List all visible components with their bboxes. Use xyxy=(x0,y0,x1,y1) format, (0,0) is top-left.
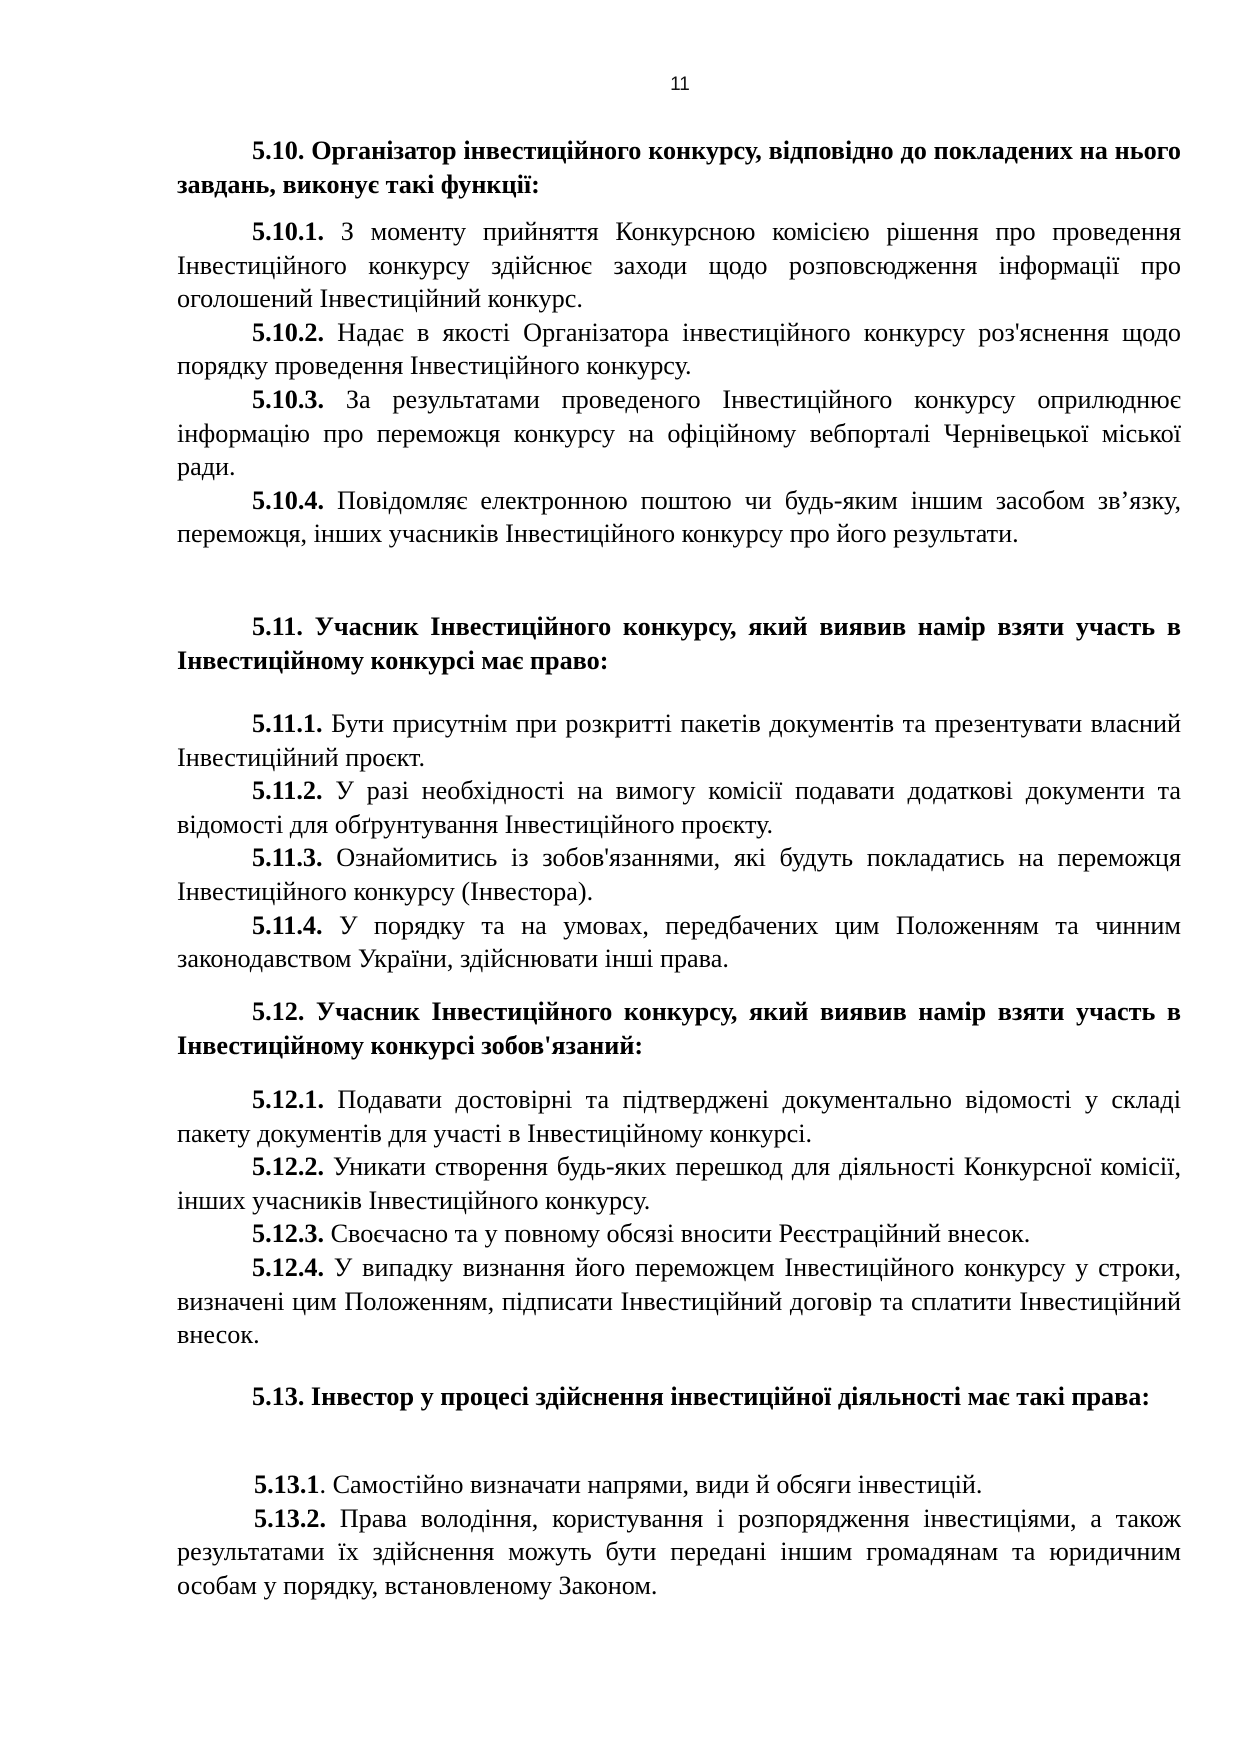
list-item: 5.11.4. У порядку та на умовах, передбач… xyxy=(177,909,1181,976)
item-number: 5.12.3. xyxy=(252,1219,324,1248)
list-item: 5.10.2. Надає в якості Організатора інве… xyxy=(177,316,1181,383)
section-heading-5-13: 5.13. Інвестор у процесі здійснення інве… xyxy=(177,1380,1181,1414)
item-text: Повідомляє електронною поштою чи будь-як… xyxy=(177,486,1181,549)
heading-text: 5.13. Інвестор у процесі здійснення інве… xyxy=(177,1380,1181,1414)
item-number: 5.10.4. xyxy=(252,486,324,515)
list-item: 5.11.3. Ознайомитись із зобов'язаннями, … xyxy=(177,841,1181,908)
heading-text: 5.11. Учасник Інвестиційного конкурсу, я… xyxy=(177,610,1181,677)
item-text: Уникати створення будь-яких перешкод для… xyxy=(177,1152,1181,1215)
item-text: Подавати достовірні та підтверджені доку… xyxy=(177,1085,1181,1148)
section-heading-5-10: 5.10. Організатор інвестиційного конкурс… xyxy=(177,134,1181,201)
item-text: Надає в якості Організатора інвестиційно… xyxy=(177,318,1181,381)
item-number: 5.10.1. xyxy=(252,217,324,246)
list-item: 5.11.1. Бути присутнім при розкритті пак… xyxy=(177,707,1181,774)
item-number: 5.11.2. xyxy=(252,776,323,805)
section-list-5-13: 5.13.1. Самостійно визначати напрями, ви… xyxy=(177,1468,1181,1602)
item-text: Ознайомитись із зобов'язаннями, які буду… xyxy=(177,843,1181,906)
list-item: 5.10.1. З моменту прийняття Конкурсною к… xyxy=(177,215,1181,316)
item-text: Своєчасно та у повному обсязі вносити Ре… xyxy=(324,1219,1030,1248)
section-list-5-10: 5.10.1. З моменту прийняття Конкурсною к… xyxy=(177,215,1181,551)
item-text: . Самостійно визначати напрями, види й о… xyxy=(319,1470,982,1499)
list-item: 5.13.1. Самостійно визначати напрями, ви… xyxy=(177,1468,1181,1502)
item-number: 5.13.2. xyxy=(254,1504,326,1533)
item-number: 5.11.1. xyxy=(252,709,323,738)
item-text: За результатами проведеного Інвестиційно… xyxy=(177,385,1181,481)
item-text: Бути присутнім при розкритті пакетів док… xyxy=(177,709,1181,772)
item-text: У випадку визнання його переможцем Інвес… xyxy=(177,1253,1181,1349)
item-text: Права володіння, користування і розпоряд… xyxy=(177,1504,1181,1600)
heading-text: 5.12. Учасник Інвестиційного конкурсу, я… xyxy=(177,995,1181,1062)
section-list-5-11: 5.11.1. Бути присутнім при розкритті пак… xyxy=(177,707,1181,976)
item-number: 5.10.3. xyxy=(252,385,324,414)
list-item: 5.12.4. У випадку визнання його переможц… xyxy=(177,1251,1181,1352)
list-item: 5.12.2. Уникати створення будь-яких пере… xyxy=(177,1150,1181,1217)
list-item: 5.12.1. Подавати достовірні та підтвердж… xyxy=(177,1083,1181,1150)
list-item: 5.11.2. У разі необхідності на вимогу ко… xyxy=(177,774,1181,841)
list-item: 5.10.3. За результатами проведеного Інве… xyxy=(177,383,1181,484)
item-text: У порядку та на умовах, передбачених цим… xyxy=(177,911,1181,974)
heading-text: 5.10. Організатор інвестиційного конкурс… xyxy=(177,134,1181,201)
item-number: 5.13.1 xyxy=(254,1470,319,1499)
item-text: З моменту прийняття Конкурсною комісією … xyxy=(177,217,1181,313)
item-text: У разі необхідності на вимогу комісії по… xyxy=(177,776,1181,839)
section-heading-5-11: 5.11. Учасник Інвестиційного конкурсу, я… xyxy=(177,610,1181,677)
list-item: 5.10.4. Повідомляє електронною поштою чи… xyxy=(177,484,1181,551)
list-item: 5.12.3. Своєчасно та у повному обсязі вн… xyxy=(177,1217,1181,1251)
item-number: 5.12.4. xyxy=(252,1253,324,1282)
item-number: 5.12.1. xyxy=(252,1085,324,1114)
section-list-5-12: 5.12.1. Подавати достовірні та підтвердж… xyxy=(177,1083,1181,1352)
item-number: 5.10.2. xyxy=(252,318,324,347)
page-number: 11 xyxy=(0,73,1241,97)
list-item: 5.13.2. Права володіння, користування і … xyxy=(177,1502,1181,1603)
item-number: 5.11.3. xyxy=(252,843,323,872)
item-number: 5.11.4. xyxy=(252,911,323,940)
section-heading-5-12: 5.12. Учасник Інвестиційного конкурсу, я… xyxy=(177,995,1181,1062)
item-number: 5.12.2. xyxy=(252,1152,324,1181)
